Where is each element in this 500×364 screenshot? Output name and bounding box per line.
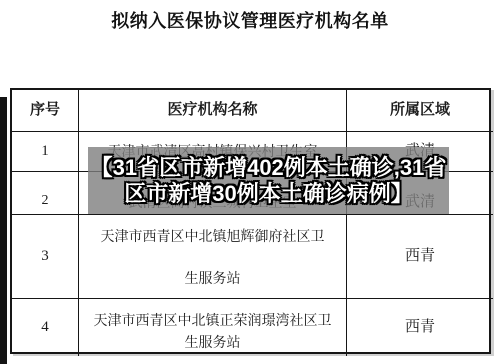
news-headline-overlay: 【31省区市新增402例本土确诊,31省 区市新增30例本土确诊病例】 [88,147,449,214]
row4-name: 天津市西青区中北镇正荣润璟湾社区卫生服务站 [79,299,347,356]
header-cell-region: 所属区域 [347,90,493,132]
row4-region: 西青 [347,299,493,356]
news-headline-line2: 区市新增30例本土确诊病例】 [124,181,412,207]
row3-name: 天津市西青区中北镇旭辉御府社区卫生服务站 [79,215,347,299]
row1-serial: 1 [12,132,79,172]
row4-serial: 4 [12,299,79,356]
page-title: 拟纳入医保协议管理医疗机构名单 [0,7,500,33]
left-black-strip [0,97,7,364]
row3-region: 西青 [347,215,493,299]
header-cell-name: 医疗机构名称 [79,90,347,132]
row2-serial: 2 [12,172,79,215]
news-headline-line1: 【31省区市新增402例本土确诊,31省 [91,155,447,181]
row2-serial-text: 2 [42,176,49,211]
institutions-table: 序号 医疗机构名称 所属区域 1 天津市武清区高村镇保兴村卫生室 武清 2 武清… [10,88,491,354]
header-cell-serial: 序号 [12,90,79,132]
row3-serial: 3 [12,215,79,299]
